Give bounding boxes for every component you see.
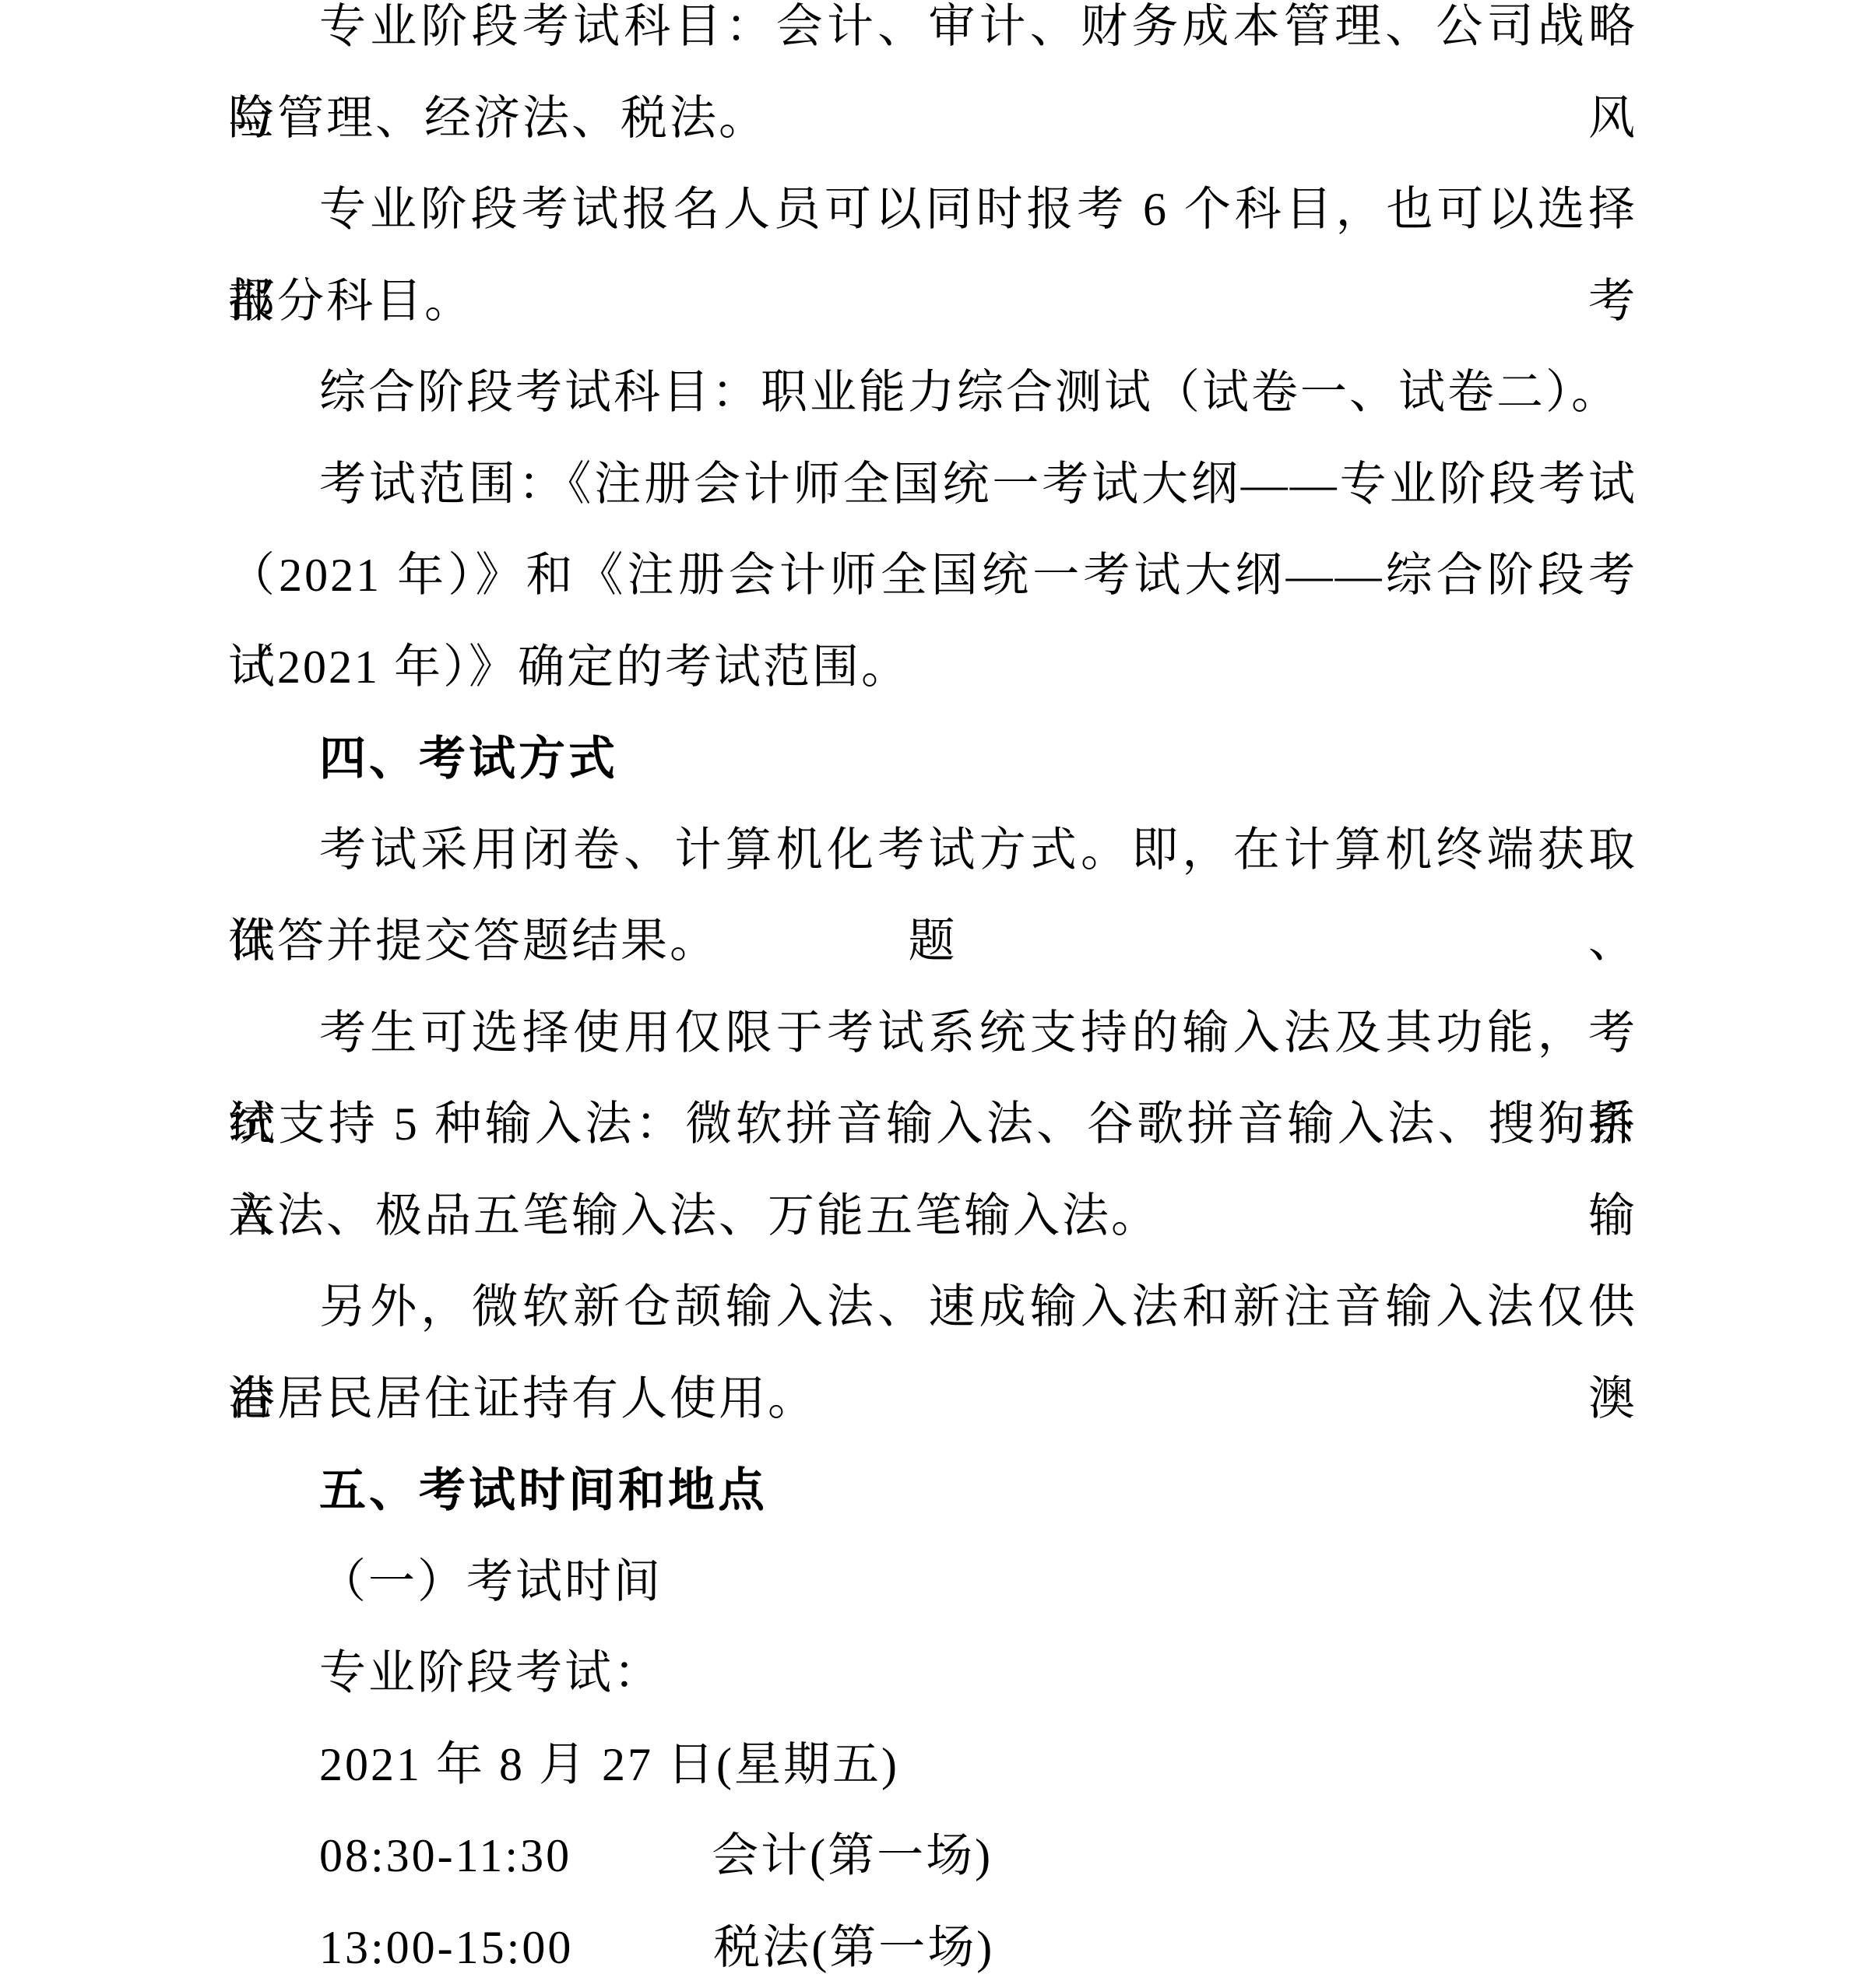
schedule-time: 08:30-11:30 — [319, 1830, 571, 1881]
schedule-time: 13:00-15:00 — [319, 1922, 573, 1973]
doc-line: 专业阶段考试报名人员可以同时报考 6 个科目，也可以选择报考 — [228, 164, 1637, 256]
section-heading-exam-time-location: 五、考试时间和地点 — [228, 1445, 1637, 1537]
document-text: 专业阶段考试科目：会计、审计、财务成本管理、公司战略与风 险管理、经济法、税法。… — [228, 0, 1637, 1988]
doc-line: 考试采用闭卷、计算机化考试方式。即，在计算机终端获取试题、 — [228, 805, 1637, 897]
doc-line: 统支持 5 种输入法：微软拼音输入法、谷歌拼音输入法、搜狗拼音输 — [228, 1079, 1637, 1171]
subsection-heading-exam-time: （一）考试时间 — [228, 1537, 1637, 1628]
doc-line: 考生可选择使用仅限于考试系统支持的输入法及其功能，考试系 — [228, 988, 1637, 1080]
schedule-row: 13:00-15:00税法(第一场) — [228, 1902, 1637, 1988]
doc-line: （2021 年）》确定的考试范围。 — [228, 622, 1637, 714]
doc-line: 综合阶段考试科目：职业能力综合测试（试卷一、试卷二）。 — [228, 347, 1637, 439]
doc-line: （2021 年）》和《注册会计师全国统一考试大纲——综合阶段考试 — [228, 530, 1637, 622]
doc-line: 另外，微软新仓颉输入法、速成输入法和新注音输入法仅供港澳 — [228, 1262, 1637, 1354]
exam-date-line: 2021 年 8 月 27 日(星期五) — [228, 1719, 1637, 1811]
schedule-subject: 会计(第一场) — [712, 1830, 993, 1881]
section-heading-exam-method: 四、考试方式 — [228, 713, 1637, 805]
schedule-subject: 税法(第一场) — [713, 1922, 994, 1973]
doc-line: 专业阶段考试科目：会计、审计、财务成本管理、公司战略与风 — [228, 0, 1637, 73]
doc-line: 考试范围：《注册会计师全国统一考试大纲——专业阶段考试 — [228, 439, 1637, 531]
schedule-row: 08:30-11:30会计(第一场) — [228, 1811, 1637, 1902]
doc-line: 专业阶段考试： — [228, 1628, 1637, 1719]
document-page: 专业阶段考试科目：会计、审计、财务成本管理、公司战略与风 险管理、经济法、税法。… — [0, 0, 1853, 1988]
